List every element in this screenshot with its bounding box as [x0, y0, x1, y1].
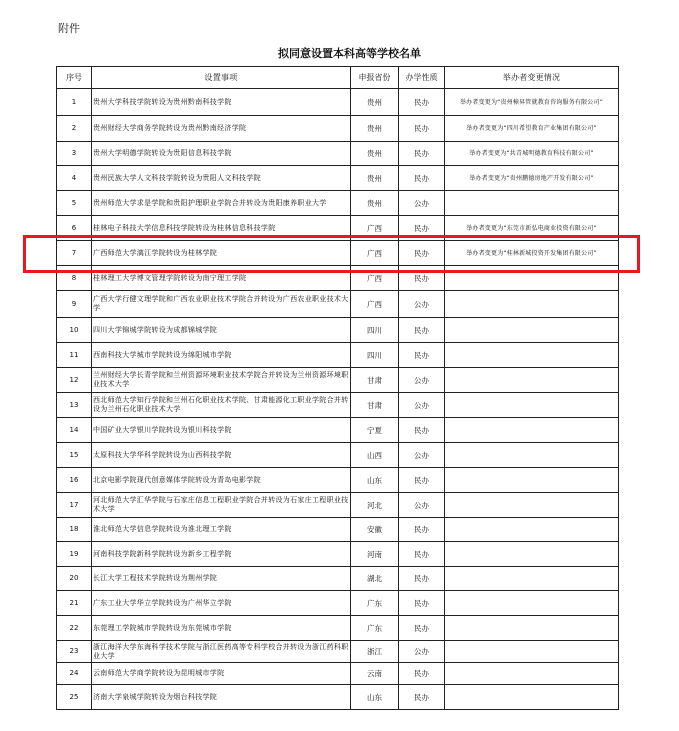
row-nature: 民办: [399, 542, 445, 567]
row-item: 西北师范大学知行学院和兰州石化职业技术学院、甘肃能源化工职业学院合并转设为兰州石…: [92, 393, 351, 418]
header-nature: 办学性质: [399, 67, 445, 89]
row-remarks: [445, 393, 619, 418]
row-nature: 民办: [399, 216, 445, 241]
row-province: 山西: [351, 443, 399, 468]
row-item: 北京电影学院现代创意媒体学院转设为青岛电影学院: [92, 468, 351, 493]
row-seq: 18: [57, 518, 92, 542]
row-item: 广西大学行健文理学院和广西农业职业技术学院合并转设为广西农业职业技术大学: [92, 291, 351, 318]
row-remarks: [445, 343, 619, 368]
row-province: 广西: [351, 266, 399, 291]
row-seq: 6: [57, 216, 92, 241]
row-item: 东莞理工学院城市学院转设为东莞城市学院: [92, 616, 351, 641]
row-item: 贵州大学科技学院转设为贵州黔南科技学院: [92, 89, 351, 116]
row-nature: 公办: [399, 443, 445, 468]
row-nature: 民办: [399, 591, 445, 616]
row-item: 太原科技大学华科学院转设为山西科技学院: [92, 443, 351, 468]
row-seq: 10: [57, 318, 92, 343]
row-item: 西南科技大学城市学院转设为绵阳城市学院: [92, 343, 351, 368]
header-item: 设置事项: [92, 67, 351, 89]
row-nature: 公办: [399, 641, 445, 663]
table-row: 3贵州大学明德学院转设为贵阳信息科技学院贵州民办举办者变更为“共青城明德教育科技…: [57, 142, 619, 166]
row-province: 贵州: [351, 142, 399, 166]
row-item: 济南大学泉城学院转设为烟台科技学院: [92, 685, 351, 710]
row-remarks: [445, 368, 619, 393]
row-province: 广东: [351, 616, 399, 641]
row-remarks: 举办者变更为“东莞市新弘电商业投资有限公司”: [445, 216, 619, 241]
row-province: 河南: [351, 542, 399, 567]
row-seq: 21: [57, 591, 92, 616]
row-nature: 民办: [399, 266, 445, 291]
row-seq: 7: [57, 241, 92, 266]
row-seq: 15: [57, 443, 92, 468]
row-nature: 民办: [399, 241, 445, 266]
row-nature: 民办: [399, 142, 445, 166]
row-nature: 公办: [399, 493, 445, 518]
row-seq: 1: [57, 89, 92, 116]
table-row: 25济南大学泉城学院转设为烟台科技学院山东民办: [57, 685, 619, 710]
row-province: 湖北: [351, 567, 399, 591]
row-item: 淮北师范大学信息学院转设为淮北理工学院: [92, 518, 351, 542]
row-province: 云南: [351, 663, 399, 685]
row-remarks: [445, 542, 619, 567]
row-remarks: [445, 685, 619, 710]
row-remarks: 举办者变更为“四川希望教育产业集团有限公司”: [445, 116, 619, 142]
row-seq: 2: [57, 116, 92, 142]
row-seq: 17: [57, 493, 92, 518]
row-seq: 5: [57, 191, 92, 216]
row-seq: 8: [57, 266, 92, 291]
row-remarks: [445, 418, 619, 443]
table-row: 6桂林电子科技大学信息科技学院转设为桂林信息科技学院广西民办举办者变更为“东莞市…: [57, 216, 619, 241]
row-province: 山东: [351, 468, 399, 493]
row-province: 四川: [351, 318, 399, 343]
row-nature: 民办: [399, 616, 445, 641]
row-seq: 14: [57, 418, 92, 443]
row-item: 贵州民族大学人文科技学院转设为贵阳人文科技学院: [92, 166, 351, 191]
table-row: 22东莞理工学院城市学院转设为东莞城市学院广东民办: [57, 616, 619, 641]
table-header-row: 序号 设置事项 申报省份 办学性质 举办者变更情况: [57, 67, 619, 89]
row-item: 兰州财经大学长青学院和兰州资源环境职业技术学院合并转设为兰州资源环境职业技术大学: [92, 368, 351, 393]
row-seq: 19: [57, 542, 92, 567]
row-item: 长江大学工程技术学院转设为荆州学院: [92, 567, 351, 591]
row-province: 宁夏: [351, 418, 399, 443]
row-nature: 公办: [399, 393, 445, 418]
row-remarks: 举办者变更为“桂林新城投资开发集团有限公司”: [445, 241, 619, 266]
row-seq: 20: [57, 567, 92, 591]
header-seq: 序号: [57, 67, 92, 89]
row-remarks: [445, 266, 619, 291]
row-item: 广东工业大学华立学院转设为广州华立学院: [92, 591, 351, 616]
row-remarks: [445, 493, 619, 518]
row-nature: 民办: [399, 318, 445, 343]
row-province: 河北: [351, 493, 399, 518]
row-seq: 12: [57, 368, 92, 393]
row-nature: 公办: [399, 368, 445, 393]
row-seq: 25: [57, 685, 92, 710]
row-item: 河北师范大学汇华学院与石家庄信息工程职业学院合并转设为石家庄工程职业技术大学: [92, 493, 351, 518]
row-nature: 民办: [399, 418, 445, 443]
row-seq: 22: [57, 616, 92, 641]
row-remarks: [445, 443, 619, 468]
row-province: 广西: [351, 216, 399, 241]
row-remarks: [445, 291, 619, 318]
row-province: 广西: [351, 241, 399, 266]
table-row: 1贵州大学科技学院转设为贵州黔南科技学院贵州民办举办者变更为“贵州樟昇管就教育咨…: [57, 89, 619, 116]
row-item: 贵州大学明德学院转设为贵阳信息科技学院: [92, 142, 351, 166]
row-nature: 民办: [399, 343, 445, 368]
row-province: 贵州: [351, 166, 399, 191]
row-item: 四川大学锦城学院转设为成都锦城学院: [92, 318, 351, 343]
table-row: 15太原科技大学华科学院转设为山西科技学院山西公办: [57, 443, 619, 468]
row-nature: 民办: [399, 663, 445, 685]
row-remarks: [445, 191, 619, 216]
row-province: 浙江: [351, 641, 399, 663]
row-province: 山东: [351, 685, 399, 710]
row-province: 四川: [351, 343, 399, 368]
row-nature: 民办: [399, 567, 445, 591]
table-row: 20长江大学工程技术学院转设为荆州学院湖北民办: [57, 567, 619, 591]
row-nature: 公办: [399, 291, 445, 318]
row-seq: 11: [57, 343, 92, 368]
row-province: 贵州: [351, 116, 399, 142]
table-row: 16北京电影学院现代创意媒体学院转设为青岛电影学院山东民办: [57, 468, 619, 493]
row-seq: 4: [57, 166, 92, 191]
row-nature: 公办: [399, 191, 445, 216]
table-row: 24云南师范大学商学院转设为昆明城市学院云南民办: [57, 663, 619, 685]
row-nature: 民办: [399, 89, 445, 116]
row-item: 河南科技学院新科学院转设为新乡工程学院: [92, 542, 351, 567]
row-remarks: 举办者变更为“共青城明德教育科技有限公司”: [445, 142, 619, 166]
row-province: 贵州: [351, 191, 399, 216]
row-seq: 13: [57, 393, 92, 418]
row-province: 甘肃: [351, 368, 399, 393]
table-row: 21广东工业大学华立学院转设为广州华立学院广东民办: [57, 591, 619, 616]
row-remarks: [445, 591, 619, 616]
row-item: 中国矿业大学银川学院转设为银川科技学院: [92, 418, 351, 443]
row-item: 云南师范大学商学院转设为昆明城市学院: [92, 663, 351, 685]
row-item: 贵州师范大学求是学院和贵阳护理职业学院合并转设为贵阳康养职业大学: [92, 191, 351, 216]
table-row: 4贵州民族大学人文科技学院转设为贵阳人文科技学院贵州民办举办者变更为“贵州鹏德房…: [57, 166, 619, 191]
table-row: 18淮北师范大学信息学院转设为淮北理工学院安徽民办: [57, 518, 619, 542]
row-remarks: [445, 567, 619, 591]
table-row: 10四川大学锦城学院转设为成都锦城学院四川民办: [57, 318, 619, 343]
row-remarks: [445, 518, 619, 542]
row-nature: 民办: [399, 166, 445, 191]
table-row: 11西南科技大学城市学院转设为绵阳城市学院四川民办: [57, 343, 619, 368]
row-item: 桂林理工大学博文管理学院转设为南宁理工学院: [92, 266, 351, 291]
row-province: 贵州: [351, 89, 399, 116]
row-remarks: [445, 663, 619, 685]
table-row: 5贵州师范大学求是学院和贵阳护理职业学院合并转设为贵阳康养职业大学贵州公办: [57, 191, 619, 216]
row-item: 桂林电子科技大学信息科技学院转设为桂林信息科技学院: [92, 216, 351, 241]
row-item: 广西师范大学漓江学院转设为桂林学院: [92, 241, 351, 266]
row-remarks: 举办者变更为“贵州鹏德房地产开发有限公司”: [445, 166, 619, 191]
row-nature: 民办: [399, 116, 445, 142]
header-remarks: 举办者变更情况: [445, 67, 619, 89]
attachment-label: 附件: [58, 20, 80, 36]
table-row: 14中国矿业大学银川学院转设为银川科技学院宁夏民办: [57, 418, 619, 443]
table-row: 13西北师范大学知行学院和兰州石化职业技术学院、甘肃能源化工职业学院合并转设为兰…: [57, 393, 619, 418]
row-item: 浙江海洋大学东海科学技术学院与浙江医药高等专科学校合并转设为浙江药科职业大学: [92, 641, 351, 663]
row-province: 甘肃: [351, 393, 399, 418]
row-remarks: [445, 468, 619, 493]
row-item: 贵州财经大学商务学院转设为贵州黔南经济学院: [92, 116, 351, 142]
row-seq: 16: [57, 468, 92, 493]
row-province: 广东: [351, 591, 399, 616]
row-nature: 民办: [399, 518, 445, 542]
row-remarks: [445, 616, 619, 641]
row-remarks: 举办者变更为“贵州樟昇管就教育咨询服务有限公司”: [445, 89, 619, 116]
table-row: 2贵州财经大学商务学院转设为贵州黔南经济学院贵州民办举办者变更为“四川希望教育产…: [57, 116, 619, 142]
row-province: 安徽: [351, 518, 399, 542]
row-nature: 民办: [399, 685, 445, 710]
row-remarks: [445, 641, 619, 663]
table-row: 12兰州财经大学长青学院和兰州资源环境职业技术学院合并转设为兰州资源环境职业技术…: [57, 368, 619, 393]
table-row: 17河北师范大学汇华学院与石家庄信息工程职业学院合并转设为石家庄工程职业技术大学…: [57, 493, 619, 518]
table-row: 8桂林理工大学博文管理学院转设为南宁理工学院广西民办: [57, 266, 619, 291]
header-province: 申报省份: [351, 67, 399, 89]
document-title: 拟同意设置本科高等学校名单: [0, 45, 679, 61]
table-row: 9广西大学行健文理学院和广西农业职业技术学院合并转设为广西农业职业技术大学广西公…: [57, 291, 619, 318]
table-row: 23浙江海洋大学东海科学技术学院与浙江医药高等专科学校合并转设为浙江药科职业大学…: [57, 641, 619, 663]
row-province: 广西: [351, 291, 399, 318]
row-seq: 23: [57, 641, 92, 663]
row-nature: 民办: [399, 468, 445, 493]
table-row: 7广西师范大学漓江学院转设为桂林学院广西民办举办者变更为“桂林新城投资开发集团有…: [57, 241, 619, 266]
school-list-table: 序号 设置事项 申报省份 办学性质 举办者变更情况 1贵州大学科技学院转设为贵州…: [56, 66, 619, 710]
row-seq: 9: [57, 291, 92, 318]
row-remarks: [445, 318, 619, 343]
row-seq: 3: [57, 142, 92, 166]
row-seq: 24: [57, 663, 92, 685]
table-row: 19河南科技学院新科学院转设为新乡工程学院河南民办: [57, 542, 619, 567]
